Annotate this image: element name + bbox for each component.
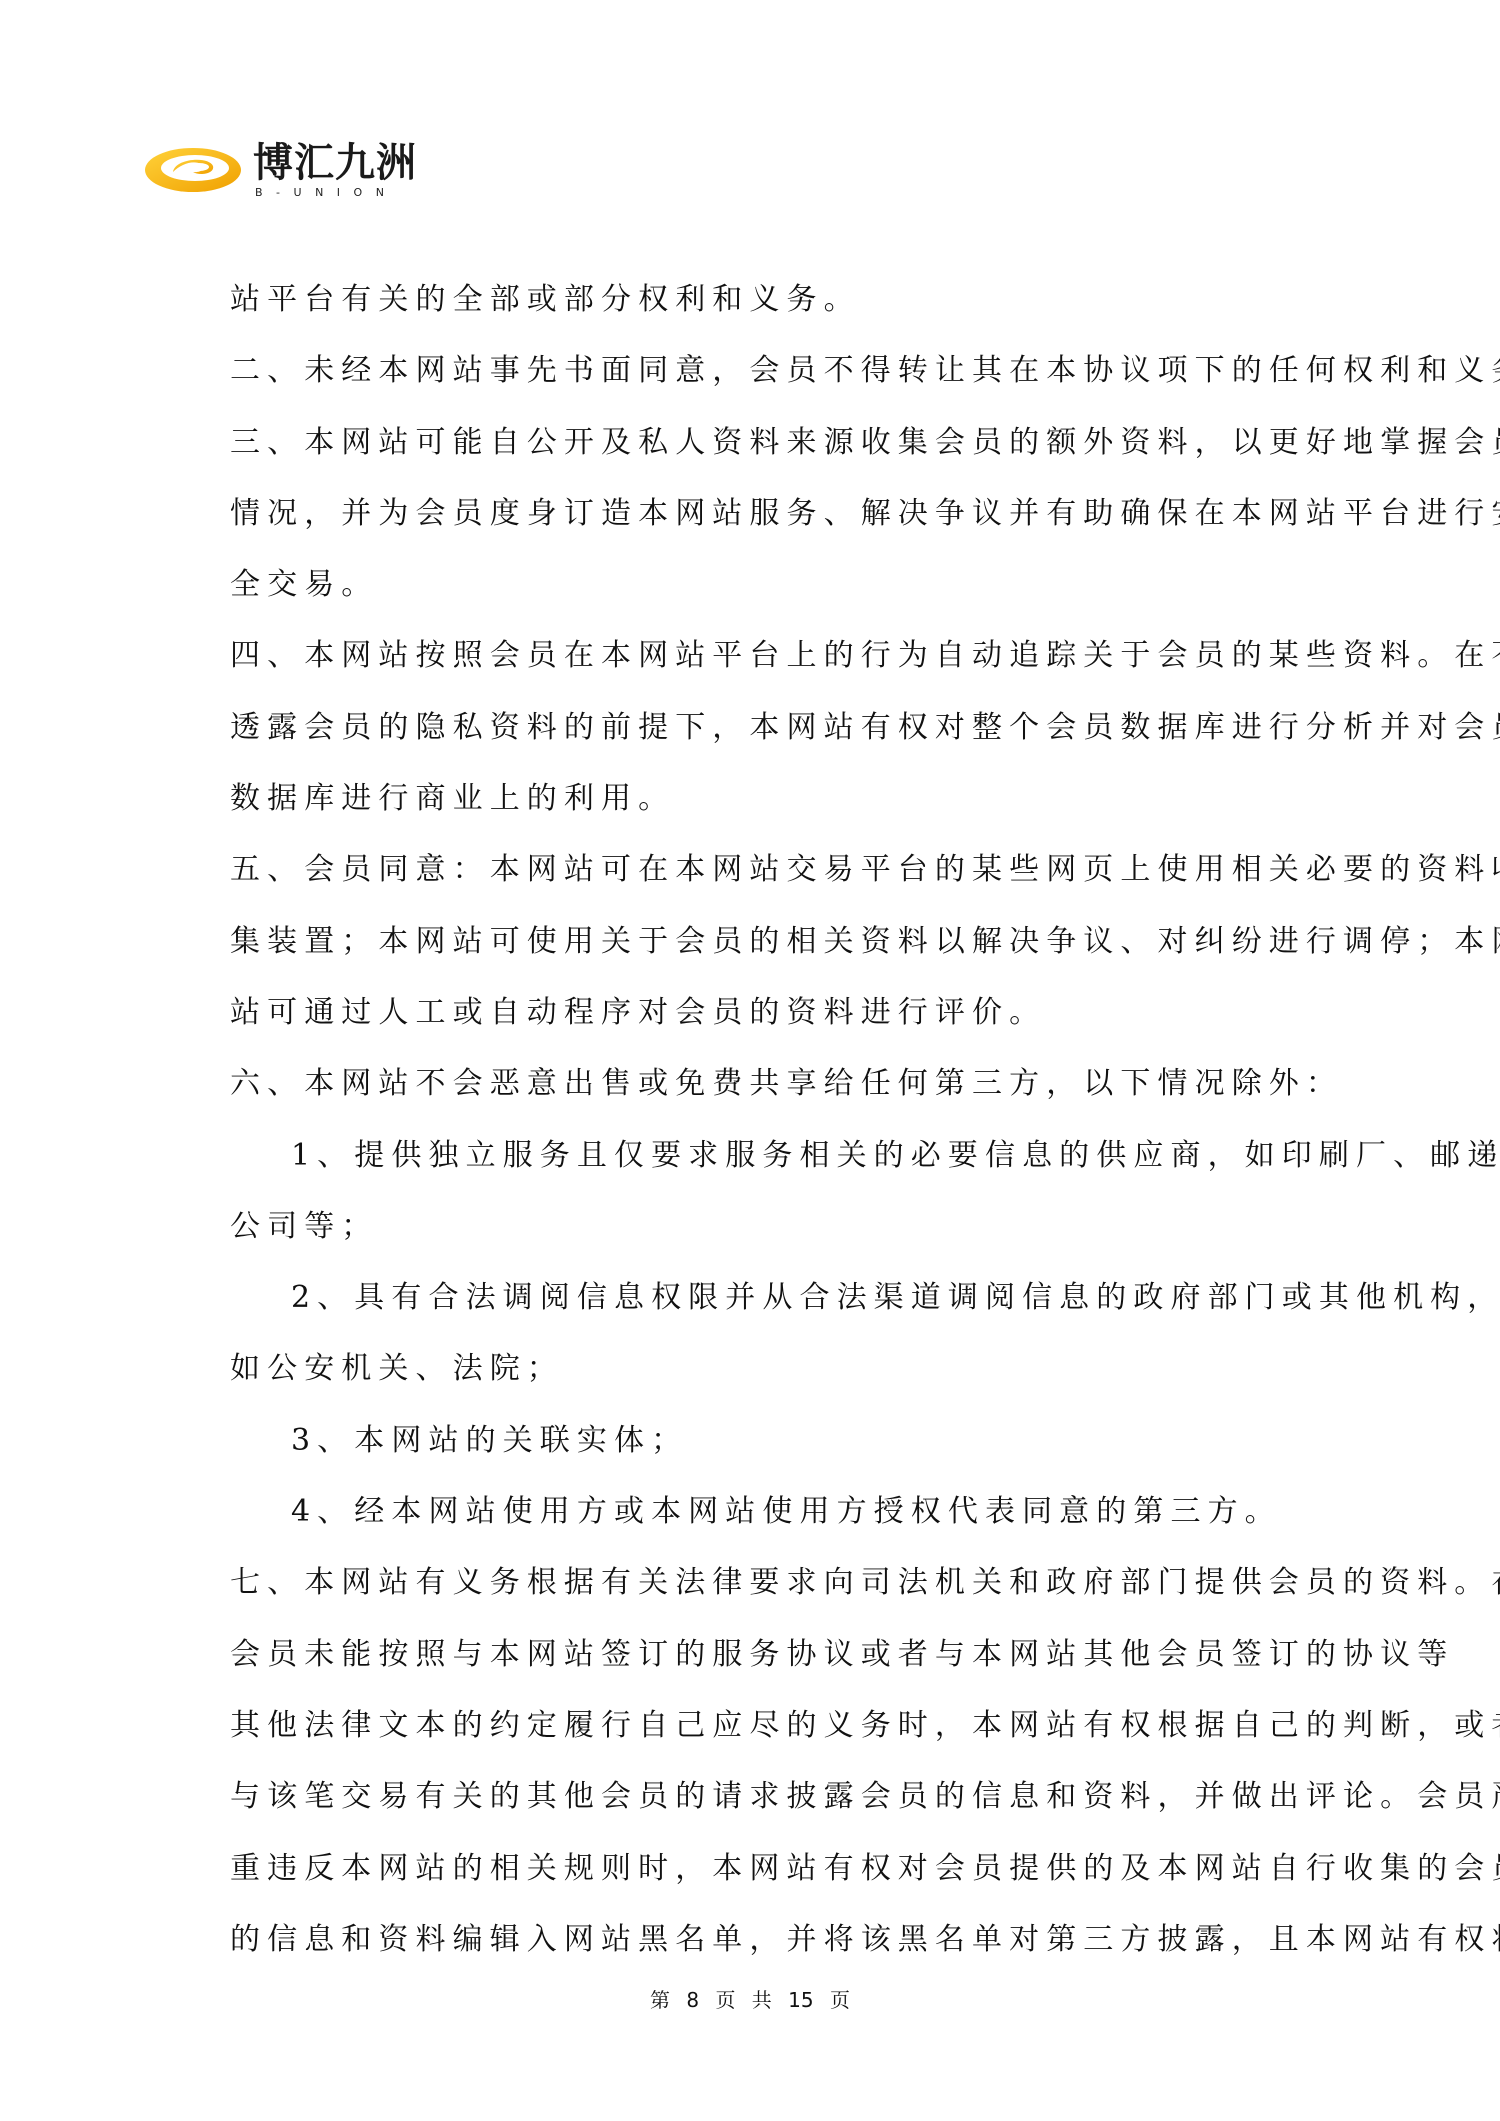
text-line: 站可通过人工或自动程序对会员的资料进行评价。 [230, 977, 1290, 1048]
text-line: 的信息和资料编辑入网站黑名单，并将该黑名单对第三方披露，且本网站有权将 [230, 1904, 1290, 1975]
text-line: 二、未经本网站事先书面同意，会员不得转让其在本协议项下的任何权利和义务。 [230, 335, 1290, 406]
text-line: 集装置；本网站可使用关于会员的相关资料以解决争议、对纠纷进行调停；本网 [230, 906, 1290, 977]
list-item: 4、经本网站使用方或本网站使用方授权代表同意的第三方。 [230, 1476, 1290, 1547]
text-line: 与该笔交易有关的其他会员的请求披露会员的信息和资料，并做出评论。会员严 [230, 1761, 1290, 1832]
text-line: 数据库进行商业上的利用。 [230, 763, 1290, 834]
list-item: 3、本网站的关联实体； [230, 1405, 1290, 1476]
list-item: 1、提供独立服务且仅要求服务相关的必要信息的供应商，如印刷厂、邮递 [230, 1120, 1290, 1191]
company-logo: 博汇九洲 B-UNION [143, 140, 433, 202]
document-body: 站平台有关的全部或部分权利和义务。 二、未经本网站事先书面同意，会员不得转让其在… [230, 264, 1290, 1975]
text-line: 站平台有关的全部或部分权利和义务。 [230, 264, 1290, 335]
text-line: 会员未能按照与本网站签订的服务协议或者与本网站其他会员签订的协议等 [230, 1619, 1290, 1690]
logo-chinese-name: 博汇九洲 [253, 140, 417, 186]
text-line: 情况，并为会员度身订造本网站服务、解决争议并有助确保在本网站平台进行安 [230, 478, 1290, 549]
text-line: 如公安机关、法院； [230, 1333, 1290, 1404]
list-item: 2、具有合法调阅信息权限并从合法渠道调阅信息的政府部门或其他机构， [230, 1262, 1290, 1333]
text-line: 重违反本网站的相关规则时，本网站有权对会员提供的及本网站自行收集的会员 [230, 1833, 1290, 1904]
logo-english-name: B-UNION [255, 186, 397, 200]
text-line: 五、会员同意：本网站可在本网站交易平台的某些网页上使用相关必要的资料收 [230, 834, 1290, 905]
text-line: 透露会员的隐私资料的前提下，本网站有权对整个会员数据库进行分析并对会员 [230, 692, 1290, 763]
text-line: 公司等； [230, 1191, 1290, 1262]
text-line: 六、本网站不会恶意出售或免费共享给任何第三方，以下情况除外： [230, 1048, 1290, 1119]
page-number: 第 8 页 共 15 页 [0, 1984, 1500, 2013]
text-line: 三、本网站可能自公开及私人资料来源收集会员的额外资料，以更好地掌握会员 [230, 407, 1290, 478]
swirl-logo-icon [143, 146, 243, 194]
text-line: 其他法律文本的约定履行自己应尽的义务时，本网站有权根据自己的判断，或者 [230, 1690, 1290, 1761]
text-line: 七、本网站有义务根据有关法律要求向司法机关和政府部门提供会员的资料。在 [230, 1547, 1290, 1618]
text-line: 四、本网站按照会员在本网站平台上的行为自动追踪关于会员的某些资料。在不 [230, 620, 1290, 691]
text-line: 全交易。 [230, 549, 1290, 620]
